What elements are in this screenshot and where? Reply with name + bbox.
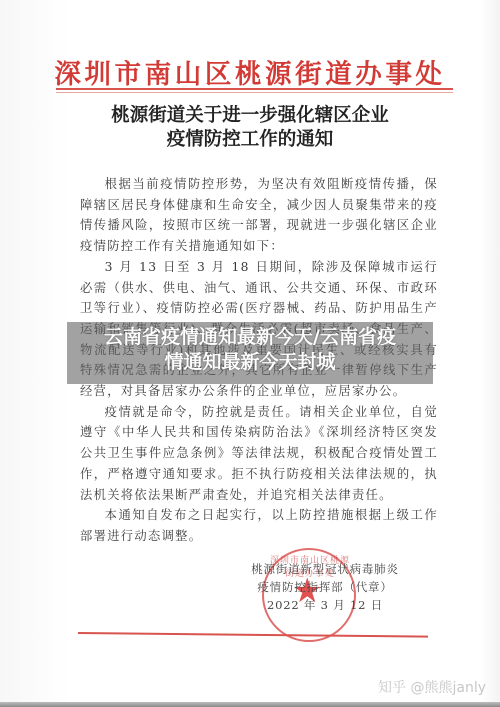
paragraph-effective: 本通知自发布之日起实行，以上防控措施根据上级工作部署进行动态调整。 <box>80 505 438 546</box>
page-bottom-edge <box>0 702 500 707</box>
document-title: 桃源街道关于进一步强化辖区企业 疫情防控工作的通知 <box>0 104 500 152</box>
letterhead-red-rule-thin <box>56 92 453 93</box>
letterhead-org-name: 深圳市南山区桃源街道办事处 <box>0 52 500 91</box>
signature-line-1: 桃源街道新型冠状病毒肺炎 <box>225 560 425 578</box>
caption-line-2: 情通知最新今天封城 <box>67 350 433 375</box>
paragraph-responsibility: 疫情就是命令，防控就是责任。请相关企业单位，自觉遵守《中华人民共和国传染病防治法… <box>80 402 438 506</box>
document-title-line-2: 疫情防控工作的通知 <box>0 128 500 152</box>
letterhead-red-rule <box>56 88 453 90</box>
footer-red-rule <box>78 632 428 638</box>
paragraph-intro: 根据当前疫情防控形势，为坚决有效阻断疫情传播，保障辖区居民身体健康和生命安全，减… <box>80 174 438 257</box>
zhihu-watermark: 知乎 @熊熊janly <box>378 677 486 697</box>
caption-line-1: 云南省疫情通知最新今天/云南省疫 <box>67 325 433 350</box>
document-page: 深圳市南山区桃源街道办事处 桃源街道关于进一步强化辖区企业 疫情防控工作的通知 … <box>0 0 500 707</box>
document-title-line-1: 桃源街道关于进一步强化辖区企业 <box>0 104 500 128</box>
signature-block: 桃源街道新型冠状病毒肺炎 疫情防控指挥部（代章） 2022 年 3 月 12 日 <box>225 560 425 614</box>
signature-line-2: 疫情防控指挥部（代章） <box>225 578 425 596</box>
signature-date: 2022 年 3 月 12 日 <box>225 596 425 614</box>
caption-overlay: 云南省疫情通知最新今天/云南省疫 情通知最新今天封城 <box>67 325 433 375</box>
